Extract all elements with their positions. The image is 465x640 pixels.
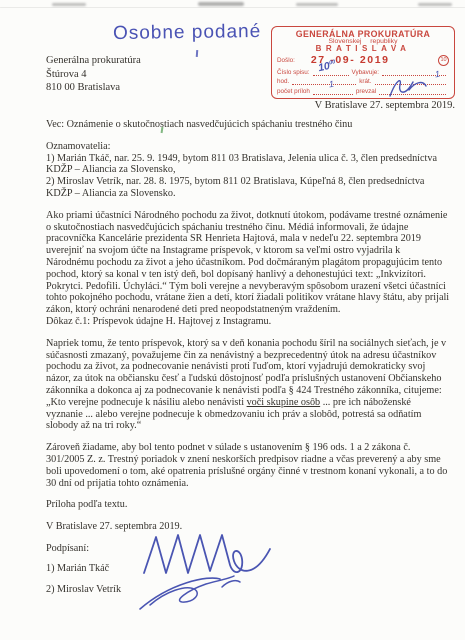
dotted-line [379, 88, 446, 95]
stamp-hour-label: hod. [277, 78, 289, 85]
stamp-received-row: Došlo: 27 -09- 2019 10 [277, 55, 449, 66]
stamp-handler-label: Vybavuje: [352, 69, 379, 76]
stamp-received-label: Došlo: [277, 57, 295, 64]
recipient-line: 810 00 Bratislava [46, 81, 141, 95]
dotted-line: 1 [313, 88, 353, 95]
letter-body: Vec: Oznámenie o skutočnostiach nasvedču… [46, 119, 450, 604]
scan-artifact [198, 2, 244, 6]
signer-name: 1) Marián Tkáč [46, 563, 109, 574]
signer-line: 2) Miroslav Vetrík [46, 584, 450, 596]
handwritten-number: 1 [435, 71, 441, 79]
date-place-line: V Bratislave 27. septembra 2019. [315, 100, 455, 111]
pen-mark [196, 50, 198, 57]
signature-vetrik [136, 573, 246, 613]
stamp-circle-number: 10 [438, 55, 449, 66]
handwritten-initials [387, 74, 429, 100]
handwritten-note: Osobne podané [113, 21, 262, 45]
scan-artifact [418, 3, 452, 6]
paragraph-legal: Napriek tomu, že tento príspevok, ktorý … [46, 338, 450, 432]
stamp-attachments-row: počet príloh 1 prevzal [277, 88, 449, 95]
paragraph-accusation: Ako priami účastníci Národného pochodu z… [46, 210, 450, 328]
scan-artifact [0, 7, 465, 8]
recipient-address: Generálna prokuratúra Štúrova 4 810 00 B… [46, 54, 141, 95]
stamp-krat-label: krát. [359, 78, 371, 85]
signer-line: 1) Marián Tkáč [46, 563, 450, 575]
registry-stamp: GENERÁLNA PROKURATÚRA Slovenskej republi… [271, 26, 455, 99]
subject-line: Vec: Oznámenie o skutočnostiach nasvedču… [46, 119, 450, 131]
dotted-line: 1000 [313, 69, 349, 76]
recipient-line: Generálna prokuratúra [46, 54, 141, 68]
notifier-entry: 2) Miroslav Vetrík, nar. 28. 8. 1975, by… [46, 176, 450, 200]
notifiers-heading: Oznamovatelia: [46, 141, 450, 153]
attachment-note: Príloha podľa textu. [46, 499, 450, 511]
notifier-entry: 1) Marián Tkáč, nar. 25. 9. 1949, bytom … [46, 153, 450, 177]
scan-artifact [52, 3, 86, 6]
underlined-text: voči skupine osôb [247, 397, 321, 408]
stamp-org-city: BRATISLAVA [277, 44, 449, 53]
evidence-line: Dôkaz č.1: Príspevok údajne H. Hajtovej … [46, 316, 450, 328]
stamp-prevzal-label: prevzal [356, 88, 376, 95]
stamp-attachments-label: počet príloh [277, 88, 310, 95]
recipient-line: Štúrova 4 [46, 68, 141, 82]
paragraph-request: Zároveň žiadame, aby bol tento podnet v … [46, 442, 450, 489]
scan-artifact [296, 3, 338, 6]
handwritten-number: 1 [328, 80, 334, 88]
signer-name: 2) Miroslav Vetrík [46, 584, 121, 595]
scanned-letter-page: Osobne podané Generálna prokuratúra Štúr… [0, 0, 465, 640]
dotted-line [292, 78, 356, 85]
notifiers-block: Oznamovatelia: 1) Marián Tkáč, nar. 25. … [46, 141, 450, 200]
paragraph-text: Ako priami účastníci Národného pochodu z… [46, 210, 450, 316]
stamp-file-label: Číslo spisu: [277, 69, 310, 76]
